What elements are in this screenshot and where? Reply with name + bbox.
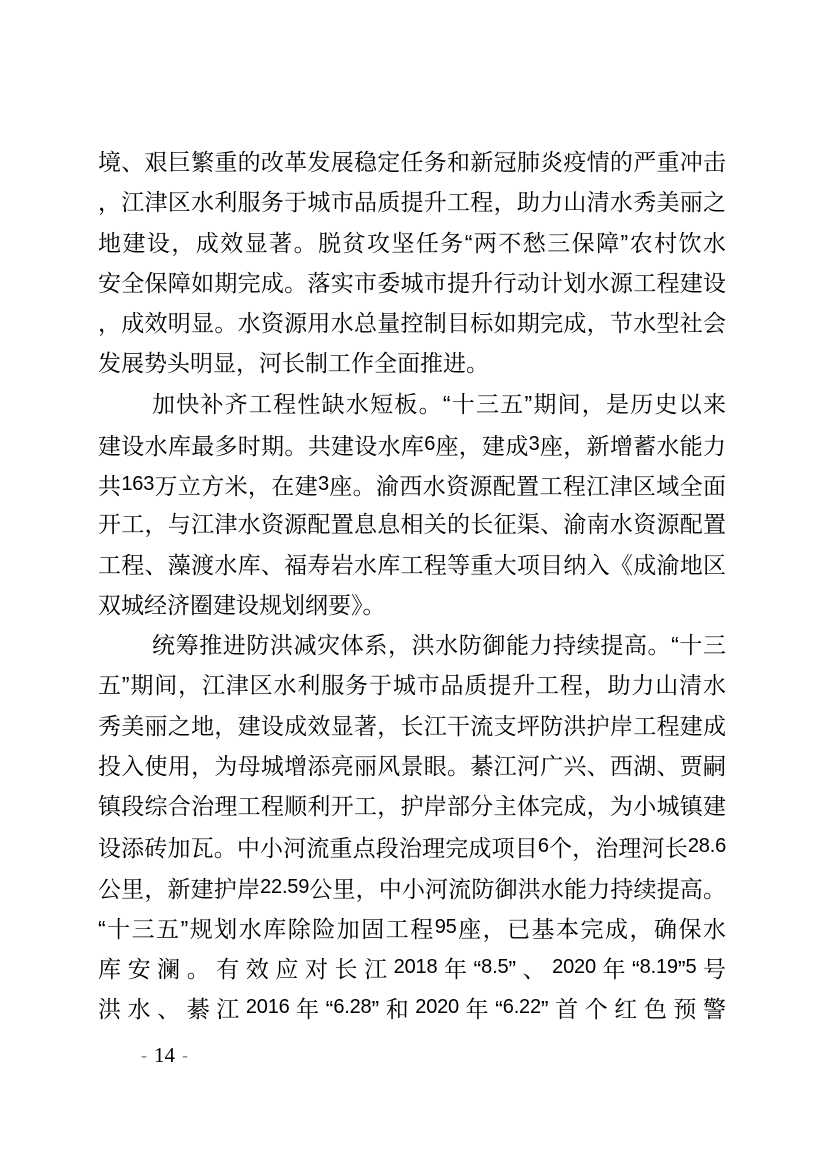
page-number-dash-left: - — [134, 1042, 154, 1068]
body-line: 工程、藻渡水库、福寿岩水库工程等重大项目纳入《成渝地区 — [98, 545, 726, 585]
body-line: 秀美丽之地，建设成效显著，长江干流支坪防洪护岸工程建成 — [98, 706, 726, 746]
body-line: 加快补齐工程性缺水短板。“十三五”期间，是历史以来 — [98, 384, 726, 424]
document-page: 境、艰巨繁重的改革发展稳定任务和新冠肺炎疫情的严重冲击 ，江津区水利服务于城市品… — [0, 0, 827, 1169]
body-line: 统筹推进防洪减灾体系，洪水防御能力持续提高。“十三 — [98, 625, 726, 665]
body-line: 地建设，成效显著。脱贫攻坚任务“两不愁三保障”农村饮水 — [98, 223, 726, 263]
body-line: 安全保障如期完成。落实市委城市提升行动计划水源工程建设 — [98, 263, 726, 303]
body-line: 镇段综合治理工程顺利开工，护岸部分主体完成，为小城镇建 — [98, 786, 726, 826]
page-number: 14 — [154, 1042, 175, 1068]
body-line: 库安澜。有效应对长江2018年“8.5”、2020年“8.19”5号 — [98, 947, 726, 987]
body-line: 共163万立方米，在建3座。渝西水资源配置工程江津区域全面 — [98, 464, 726, 504]
body-line: ，成效明显。水资源用水总量控制目标如期完成，节水型社会 — [98, 303, 726, 343]
body-line: 建设水库最多时期。共建设水库6座，建成3座，新增蓄水能力 — [98, 424, 726, 464]
body-line: 开工，与江津水资源配置息息相关的长征渠、渝南水资源配置 — [98, 504, 726, 544]
body-line: ，江津区水利服务于城市品质提升工程，助力山清水秀美丽之 — [98, 182, 726, 222]
paragraph-1: 境、艰巨繁重的改革发展稳定任务和新冠肺炎疫情的严重冲击 ，江津区水利服务于城市品… — [98, 142, 726, 384]
body-line: 投入使用，为母城增添亮丽风景眼。綦江河广兴、西湖、贾嗣 — [98, 746, 726, 786]
body-line: 双城经济圈建设规划纲要》。 — [98, 585, 726, 625]
body-line: 洪水、綦江2016年“6.28”和2020年“6.22”首个红色预警 — [98, 987, 726, 1027]
page-number-dash-right: - — [175, 1042, 195, 1068]
body-line: 境、艰巨繁重的改革发展稳定任务和新冠肺炎疫情的严重冲击 — [98, 142, 726, 182]
paragraph-3: 统筹推进防洪减灾体系，洪水防御能力持续提高。“十三 五”期间，江津区水利服务于城… — [98, 625, 726, 1028]
body-line: 发展势头明显，河长制工作全面推进。 — [98, 343, 726, 383]
page-footer: - 14 - — [134, 1042, 195, 1068]
body-line: “十三五”规划水库除险加固工程95座，已基本完成，确保水 — [98, 907, 726, 947]
body-line: 五”期间，江津区水利服务于城市品质提升工程，助力山清水 — [98, 665, 726, 705]
body-text-block: 境、艰巨繁重的改革发展稳定任务和新冠肺炎疫情的严重冲击 ，江津区水利服务于城市品… — [98, 142, 726, 1028]
body-line: 设添砖加瓦。中小河流重点段治理完成项目6个，治理河长28.6 — [98, 826, 726, 866]
paragraph-2: 加快补齐工程性缺水短板。“十三五”期间，是历史以来 建设水库最多时期。共建设水库… — [98, 384, 726, 626]
body-line: 公里，新建护岸22.59公里，中小河流防御洪水能力持续提高。 — [98, 867, 726, 907]
